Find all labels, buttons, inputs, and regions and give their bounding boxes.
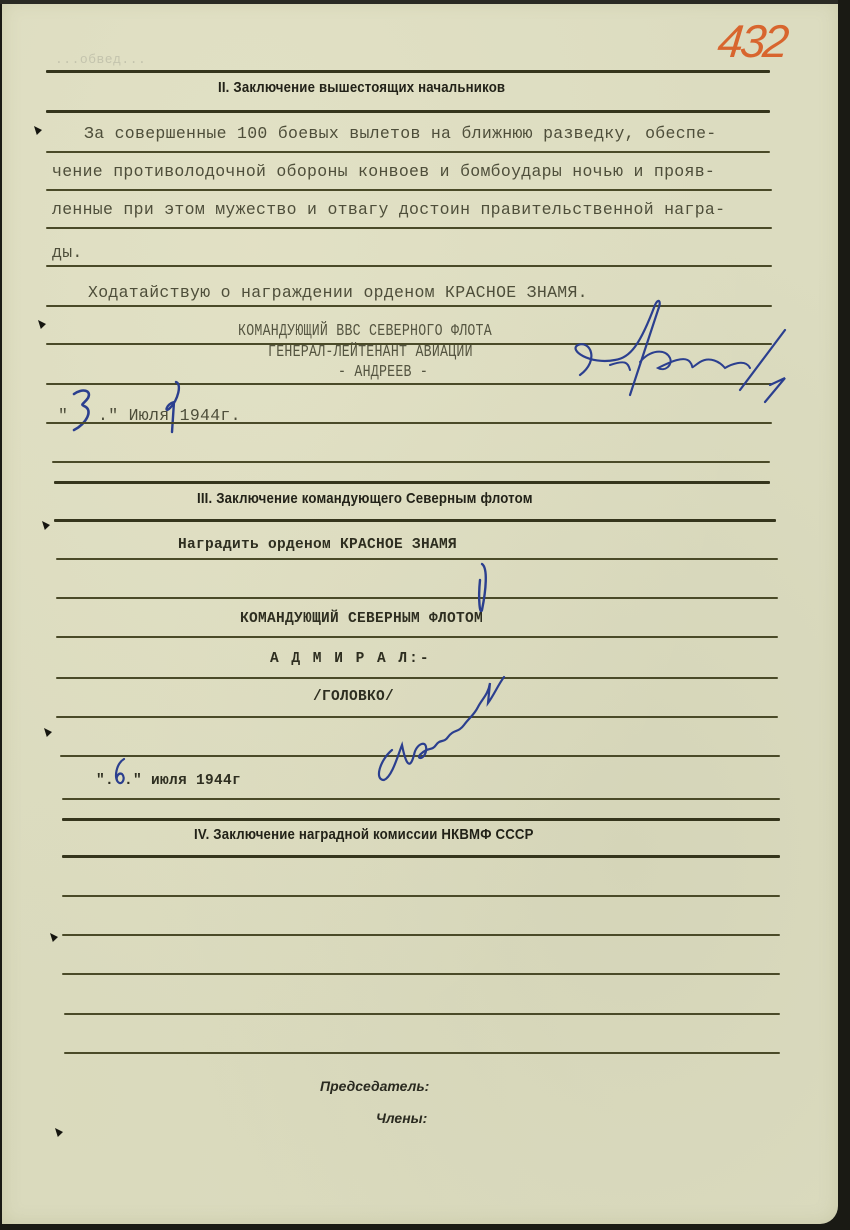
rule-line: [54, 519, 776, 522]
handwritten-day-3: [68, 384, 98, 434]
members-label: Члены:: [376, 1110, 427, 1126]
rule-line: [54, 481, 770, 484]
section-3-heading: III. Заключение командующего Северным фл…: [197, 490, 533, 507]
rule-line: [62, 818, 780, 821]
section-4-heading: IV. Заключение наградной комиссии НКВМФ …: [194, 826, 534, 843]
signature-andreev: [570, 290, 800, 410]
section-2-signatory-title: КОМАНДУЮЩИЙ ВВС СЕВЕРНОГО ФЛОТА: [238, 322, 492, 341]
section-2-body-line: ленные при этом мужество и отвагу достои…: [52, 200, 725, 219]
section-3-signatory-title: КОМАНДУЮЩИЙ СЕВЕРНЫМ ФЛОТОМ: [240, 611, 483, 627]
pen-stroke: [158, 380, 188, 435]
section-2-signatory-rank: ГЕНЕРАЛ-ЛЕЙТЕНАНТ АВИАЦИИ: [268, 343, 473, 362]
section-2-body-line: ды.: [52, 243, 83, 262]
rule-line: [46, 189, 772, 191]
rule-line: [62, 934, 780, 936]
rule-line: [62, 855, 780, 858]
rule-line: [56, 636, 778, 638]
rule-line: [62, 798, 780, 800]
rule-line: [52, 461, 770, 463]
section-2-signatory-name: - АНДРЕЕВ -: [338, 363, 428, 382]
ghost-header-text: ...обвед...: [55, 52, 146, 67]
rule-line: [62, 973, 780, 975]
rule-line: [46, 151, 770, 153]
section-3-decision: Наградить орденом КРАСНОЕ ЗНАМЯ: [178, 537, 457, 553]
section-3-date-rest: ." июля 1944г: [124, 773, 241, 789]
rule-line: [46, 227, 772, 229]
signature-golovko: [370, 655, 520, 785]
rule-line: [56, 597, 778, 599]
rule-line: [46, 422, 772, 424]
section-2-heading: II. Заключение вышестоящих начальников: [218, 79, 505, 96]
section-2-body-line: чение противолодочной обороны конвоев и …: [52, 162, 715, 181]
rule-line: [64, 1052, 780, 1054]
page-number: 432: [715, 14, 788, 68]
rule-line: [64, 1013, 780, 1015]
rule-line: [62, 895, 780, 897]
section-2-body-line: За совершенные 100 боевых вылетов на бли…: [84, 124, 717, 143]
rule-line: [46, 265, 772, 267]
rule-line: [56, 558, 778, 560]
rule-line: [46, 70, 770, 73]
rule-line: [46, 110, 770, 113]
chairman-label: Председатель:: [320, 1078, 429, 1094]
scan-edge-right: [838, 0, 850, 1230]
scan-edge-top: [0, 0, 850, 4]
section-2-petition: Ходатайствую о награждении орденом КРАСН…: [88, 283, 588, 302]
